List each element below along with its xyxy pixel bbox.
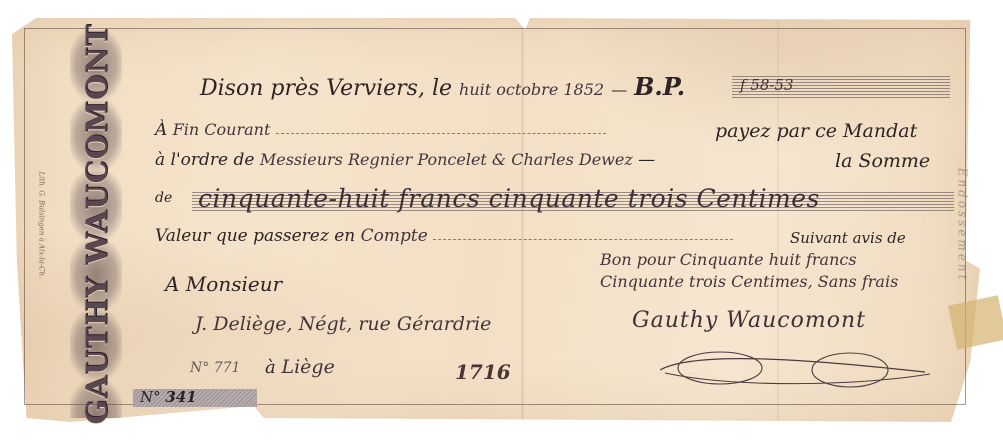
- payee: Messieurs Regnier Poncelet & Charles Dew…: [260, 150, 633, 169]
- handwritten-number: 1716: [455, 360, 511, 384]
- de-label: de: [155, 190, 172, 206]
- value-line: Valeur que passerez en Compte: [155, 226, 733, 246]
- serial-label: N°: [140, 388, 161, 406]
- amount-words: cinquante-huit francs cinquante trois Ce…: [198, 184, 820, 213]
- amount-figures: f 58-53: [740, 76, 794, 94]
- printed-a: À: [155, 120, 167, 140]
- date-prefix: le: [432, 76, 452, 101]
- signature-flourish-icon: [655, 340, 935, 400]
- place: Dison près Verviers,: [200, 76, 425, 101]
- tape-fragment: [948, 295, 1003, 350]
- good-for-line-1: Bon pour Cinquante huit francs: [600, 250, 857, 269]
- bp-label: B.P.: [634, 72, 685, 101]
- city-line: à Liège: [265, 356, 335, 378]
- addressee-name: J. Deliège, Négt, rue Gérardrie: [195, 313, 491, 335]
- advice-label: Suivant avis de: [790, 229, 906, 247]
- fill-dots: [276, 127, 606, 134]
- signature: Gauthy Waucomont: [632, 308, 866, 333]
- value-term: Compte: [361, 226, 428, 246]
- due-term: Fin Courant: [173, 120, 271, 139]
- printer-imprint: Lith. G. Bulsingen à Aix-la-Ch.: [34, 165, 48, 285]
- city: Liège: [281, 356, 334, 378]
- good-for-line-2: Cinquante trois Centimes, Sans frais: [600, 272, 898, 291]
- fill-dots: [433, 233, 733, 240]
- addressee-prefix: A Monsieur: [165, 272, 282, 296]
- order-line: à l'ordre de Messieurs Regnier Poncelet …: [155, 150, 668, 170]
- issuer-name: GAUTHY WAUCOMONT: [79, 24, 113, 425]
- the-sum-label: la Somme: [835, 150, 930, 172]
- reference-number: N° 771: [190, 360, 240, 376]
- serial-value: 341: [165, 388, 196, 406]
- due-line: À Fin Courant: [155, 120, 606, 140]
- value-printed: Valeur que passerez en: [155, 226, 355, 246]
- issue-date: huit octobre 1852: [459, 80, 604, 99]
- order-prefix: à l'ordre de: [155, 150, 254, 170]
- issuer-band-title: GAUTHY WAUCOMONT: [72, 30, 120, 418]
- serial-number: N° 341: [140, 388, 197, 406]
- pay-by-mandate: payez par ce Mandat: [715, 120, 917, 142]
- place-line: Dison près Verviers, le huit octobre 185…: [200, 72, 685, 101]
- city-prefix: à: [265, 357, 276, 378]
